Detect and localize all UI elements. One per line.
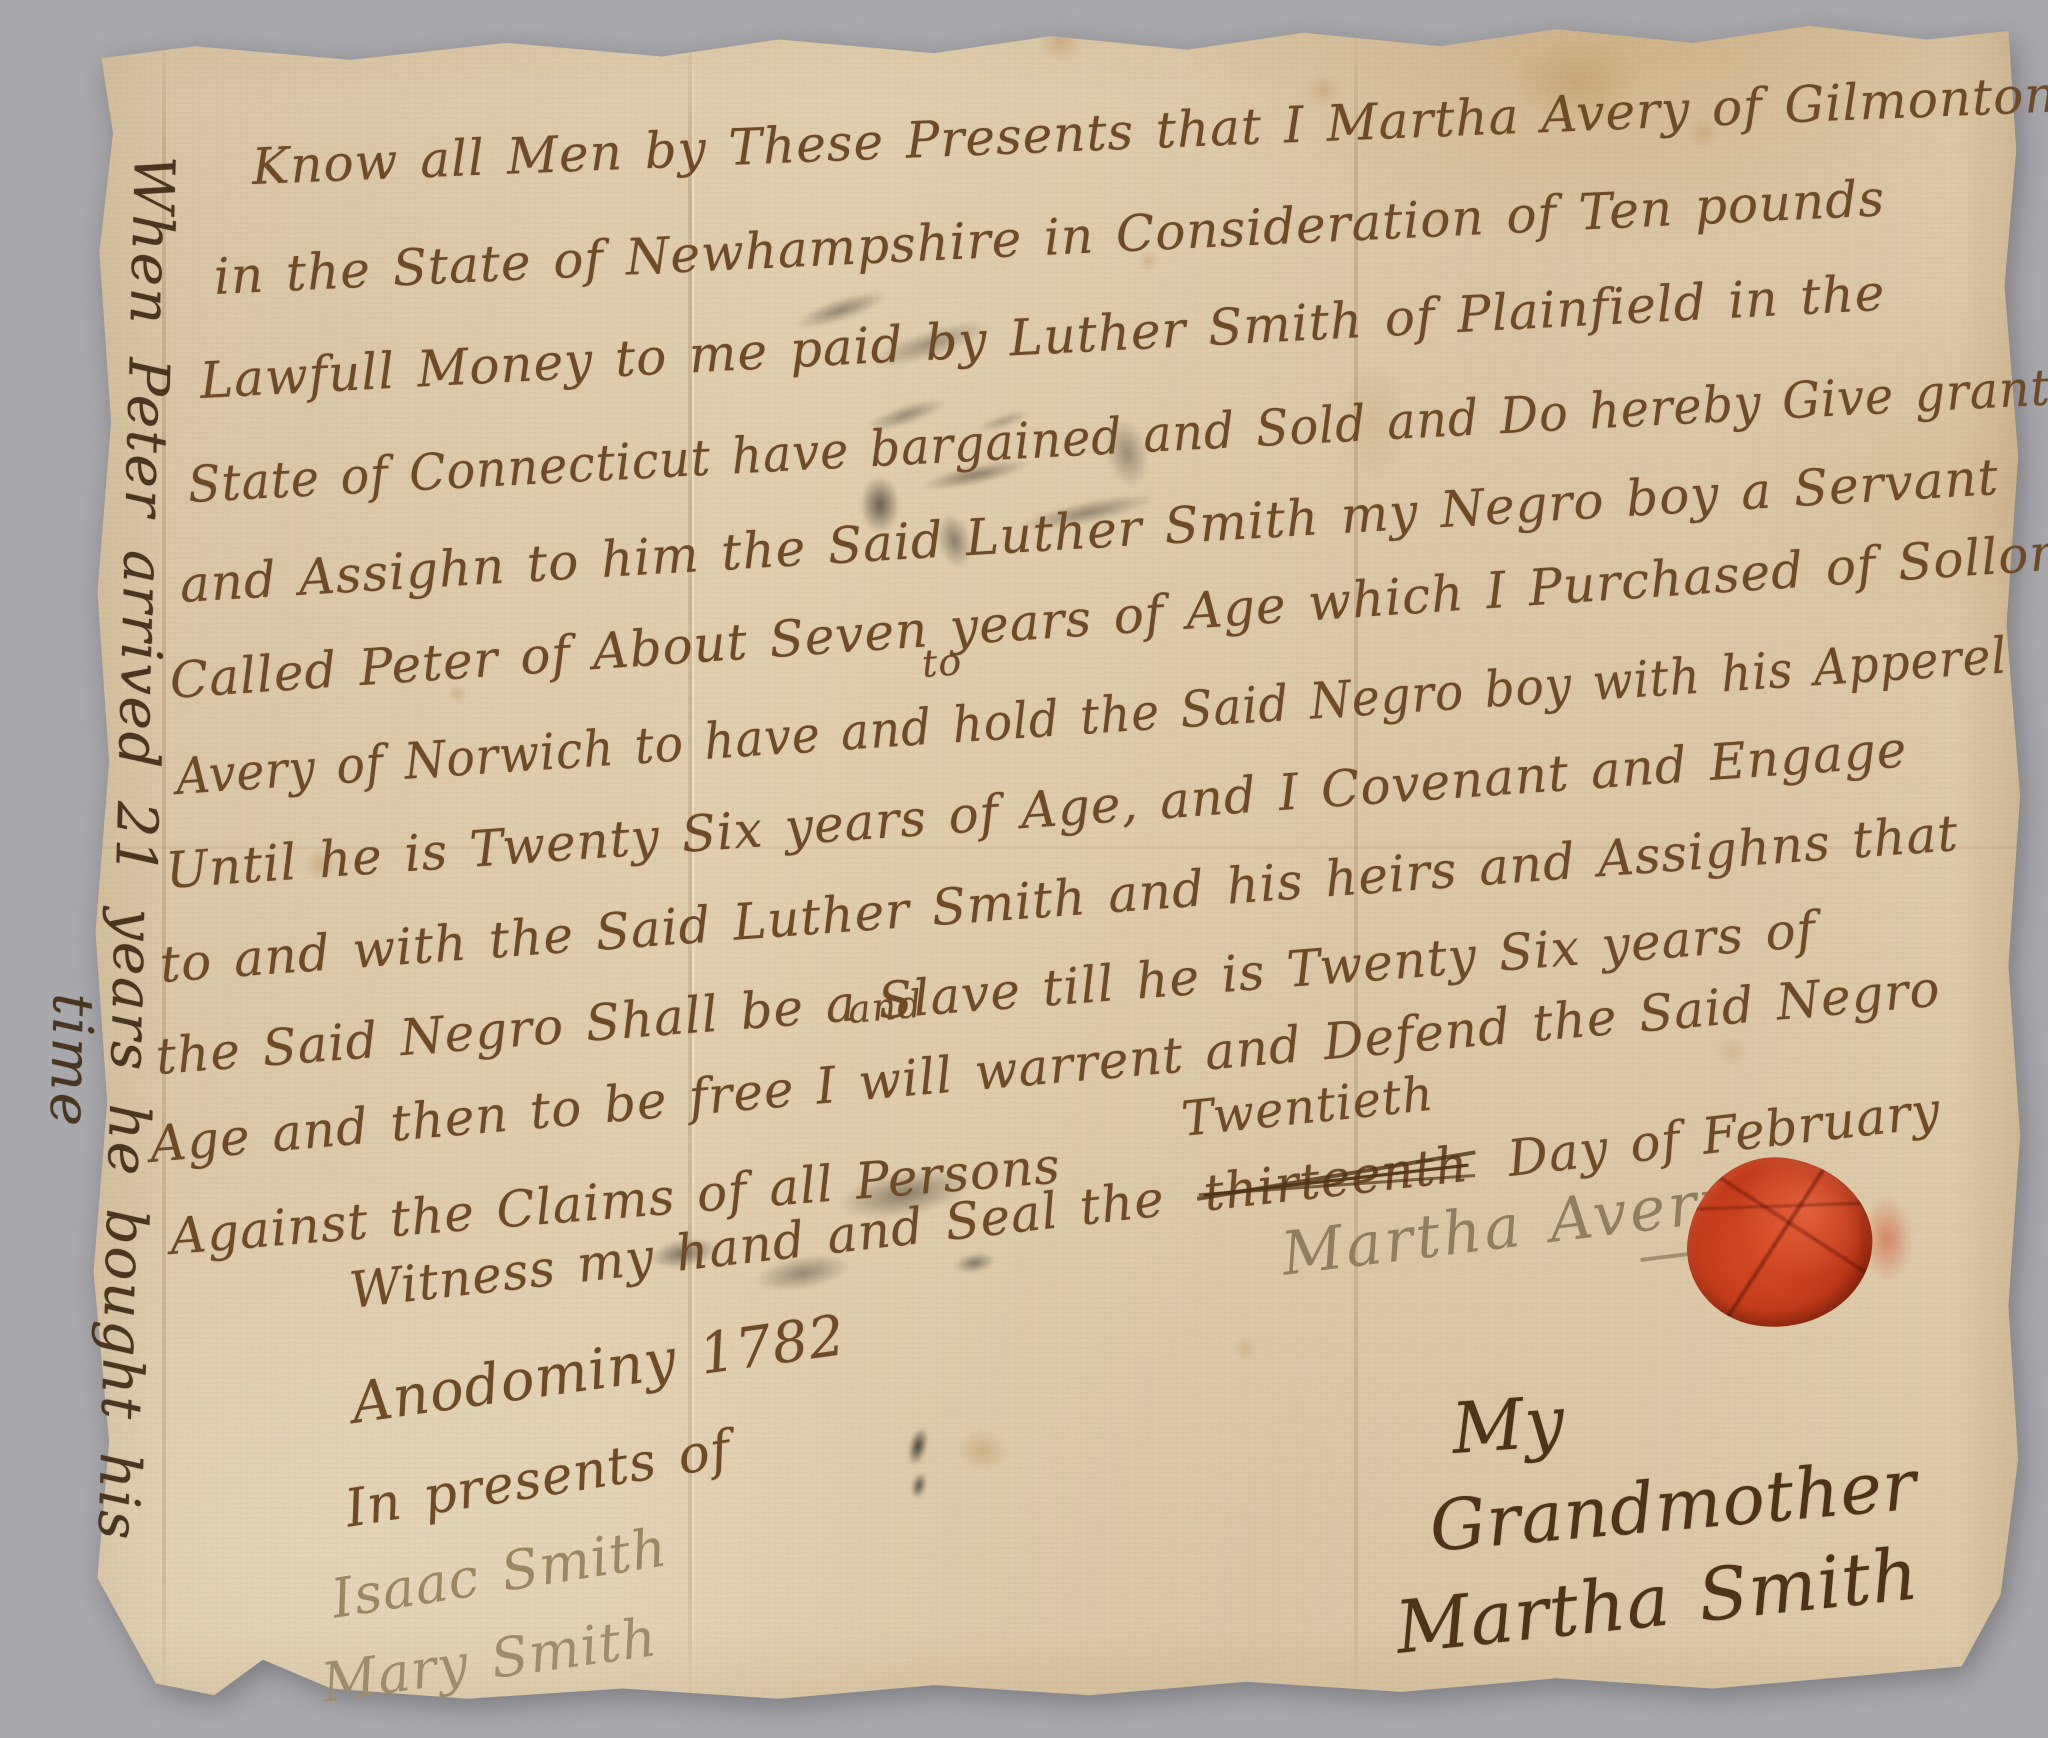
photo-background: Know all Men by These Presents that I Ma… — [0, 0, 2048, 1738]
wax-seal-smear — [1862, 1196, 1912, 1282]
inserted-word-and: and — [846, 982, 924, 1032]
inserted-word-to: to — [920, 639, 963, 686]
annotation-my: My — [1449, 1380, 1568, 1470]
